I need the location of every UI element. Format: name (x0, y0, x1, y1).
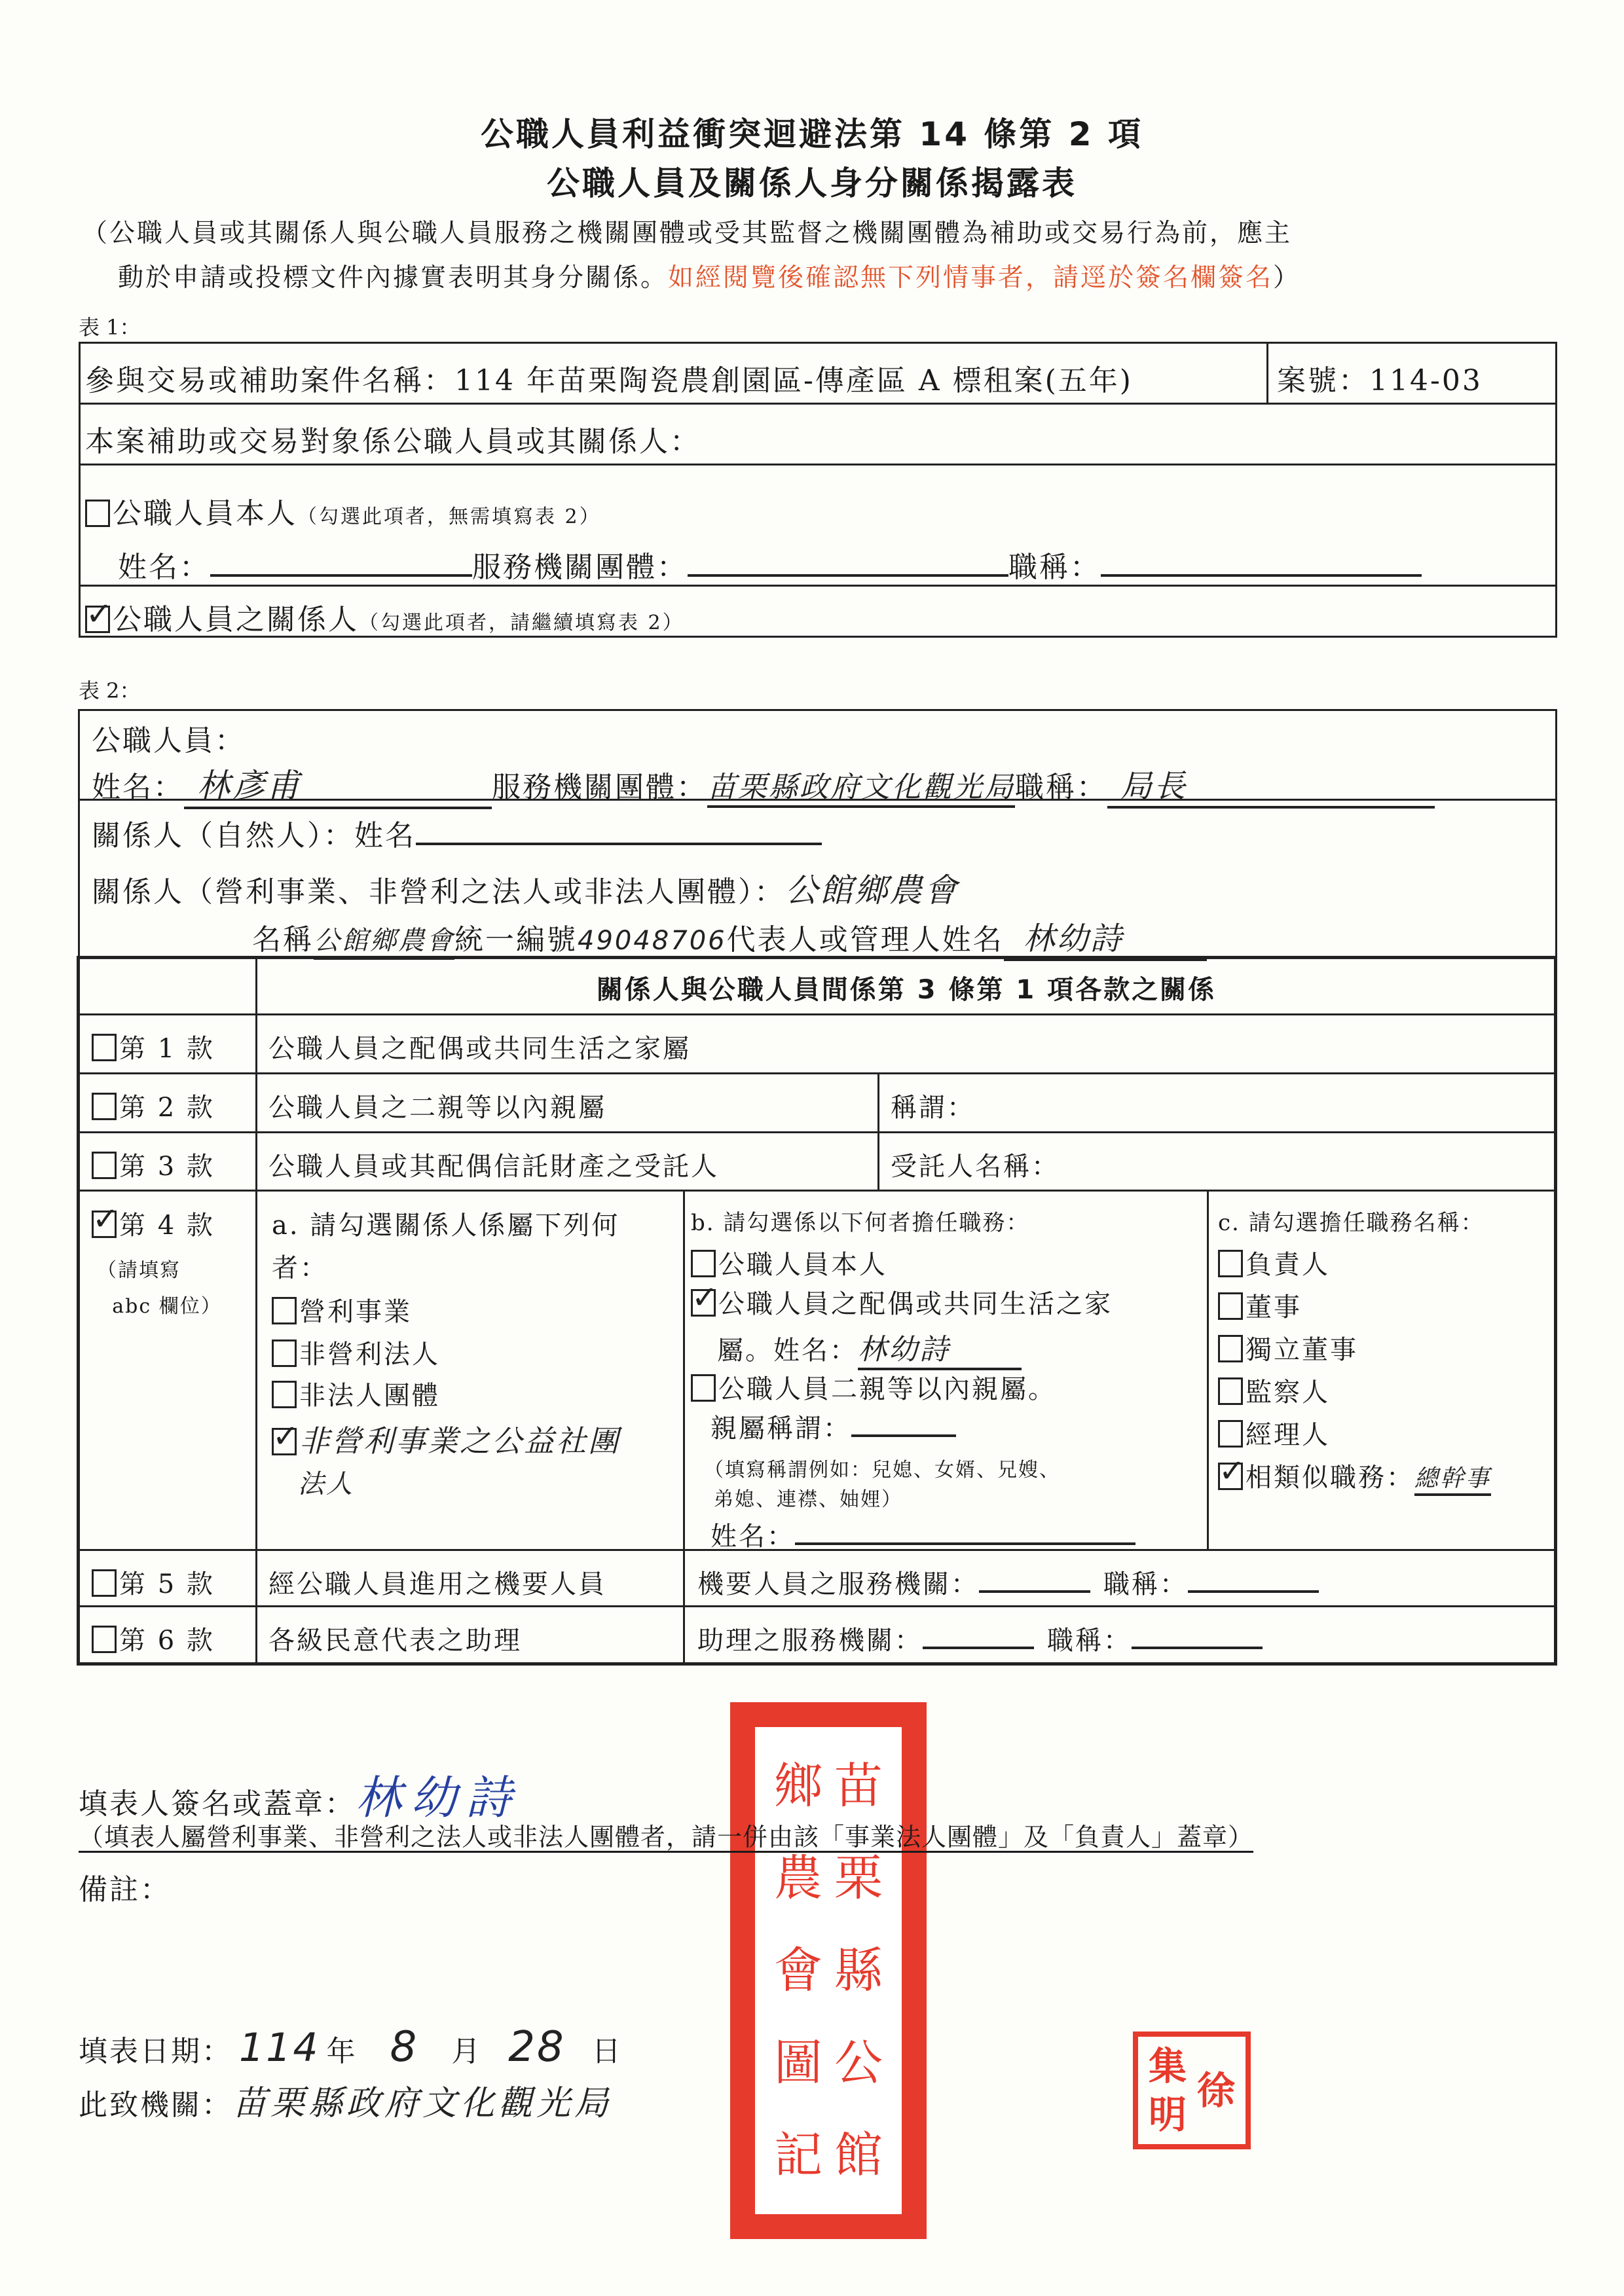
self-agency-field[interactable] (688, 574, 1008, 577)
relation-header: 關係人與公職人員間係第 3 條第 1 項各款之關係 (255, 969, 1557, 1006)
seal-char: 徐 (1197, 2071, 1235, 2109)
col-c-option-independent-director[interactable]: 獨立董事 (1218, 1329, 1358, 1366)
clause-5-agency-label: 機要人員之服務機關： (697, 1569, 979, 1599)
option-label: 負責人 (1246, 1250, 1330, 1280)
option-label: 獨立董事 (1246, 1335, 1358, 1365)
col-c-option-director[interactable]: 董事 (1218, 1286, 1302, 1324)
representative-seal: 徐 集明 (1133, 2032, 1251, 2149)
seal-char: 公 (834, 2039, 883, 2087)
col-b-spouse-name-row: 屬。姓名：林幼詩 (717, 1326, 1022, 1370)
clause-3-label: 第 3 款 (119, 1152, 215, 1182)
seal-char: 館 (834, 2131, 883, 2179)
org-rep-value[interactable]: 林幼詩 (1004, 913, 1207, 961)
official-title-label: 職稱： (1015, 771, 1107, 804)
addressee-value[interactable]: 苗栗縣政府文化觀光局 (232, 2084, 612, 2123)
option-label: 非營利法人 (299, 1339, 440, 1370)
clause-4-label: 第 4 款 (119, 1211, 215, 1241)
table1-label: 表 1： (79, 311, 141, 341)
clause-4-note-2: abc 欄位） (79, 1290, 255, 1319)
kin-name-label: 姓名： (710, 1522, 795, 1552)
spouse-name-value[interactable]: 林幼詩 (858, 1326, 1022, 1370)
divider (79, 403, 1557, 405)
col-b-option-spouse[interactable]: 公職人員之配偶或共同生活之家 (691, 1283, 1113, 1321)
clause-4[interactable]: 第 4 款 (92, 1205, 215, 1242)
official-name-value[interactable]: 林彥甫 (184, 759, 492, 809)
nonprofit-corp-checkbox[interactable] (272, 1339, 297, 1367)
kin-example-1: （填寫稱謂例如：兒媳、女婿、兄嫂、 (704, 1453, 1060, 1482)
c-supervisor-checkbox[interactable] (1218, 1377, 1243, 1405)
self-title-label: 職稱： (1008, 551, 1101, 584)
seal-char: 會 (774, 1946, 822, 1995)
clause-3-desc: 公職人員或其配偶信託財產之受託人 (268, 1146, 719, 1183)
intro-warning: 如經閱覽後確認無下列情事者，請逕於簽名欄簽名 (668, 263, 1273, 293)
clause-6-label: 第 6 款 (119, 1626, 215, 1656)
divider (683, 1190, 685, 1666)
self-name-label: 姓名： (118, 551, 210, 584)
subject-label: 本案補助或交易對象係公職人員或其關係人： (85, 418, 701, 460)
option-label: 董事 (1246, 1292, 1302, 1322)
col-a-option-for-profit[interactable]: 營利事業 (272, 1291, 412, 1328)
seal-char: 鄉 (774, 1762, 822, 1810)
clause-2-checkbox[interactable] (92, 1093, 117, 1120)
kin-example-2: 弟媳、連襟、妯娌） (714, 1483, 902, 1512)
clause-5-title-label: 職稱： (1103, 1569, 1188, 1599)
table2-label: 表 2： (79, 674, 141, 704)
case-number: 案號：114-03 (1277, 357, 1483, 399)
clause-6[interactable]: 第 6 款 (92, 1620, 215, 1657)
official-label: 公職人員： (92, 717, 246, 759)
org-name-label: 名稱 (252, 923, 314, 957)
org-row: 關係人（營利事業、非營利之法人或非法人團體）：公館鄉農會 (92, 864, 959, 911)
divider (79, 464, 1557, 465)
option-label: 相類似職務： (1246, 1463, 1414, 1493)
clause-6-checkbox[interactable] (92, 1626, 117, 1653)
case-name: 參與交易或補助案件名稱：114 年苗栗陶瓷農創園區-傳產區 A 標租案(五年) (85, 357, 1133, 399)
option-label: 公職人員之配偶或共同生活之家 (718, 1289, 1113, 1319)
clause-5[interactable]: 第 5 款 (92, 1563, 215, 1601)
clause-5-title-field[interactable] (1188, 1590, 1319, 1593)
natural-person-label: 關係人（自然人）：姓名 (92, 819, 416, 852)
divider (877, 1072, 879, 1190)
clause-5-extra: 機要人員之服務機關：職稱： (697, 1563, 1319, 1601)
col-c-option-supervisor[interactable]: 監察人 (1218, 1372, 1330, 1409)
official-self-checkbox[interactable] (85, 500, 110, 527)
self-fields-row: 姓名：服務機關團體：職稱： (118, 543, 1422, 585)
self-agency-label: 服務機關團體： (472, 551, 688, 584)
c-director-checkbox[interactable] (1218, 1292, 1243, 1320)
c-similar-checkbox[interactable] (1218, 1463, 1243, 1490)
case-no-label: 案號： (1277, 364, 1369, 397)
option-label: 公職人員二親等以內親屬。 (718, 1374, 1056, 1404)
clause-5-desc: 經公職人員進用之機要人員 (268, 1563, 606, 1601)
col-b-kin-title-row: 親屬稱謂： (710, 1408, 956, 1445)
divider (77, 1131, 1557, 1133)
col-a-heading-2: 者： (272, 1247, 328, 1285)
col-b-kin-name-row: 姓名： (710, 1516, 1135, 1553)
divider (77, 1013, 1557, 1015)
col-c-option-principal[interactable]: 負責人 (1218, 1244, 1330, 1281)
clause-5-label: 第 5 款 (119, 1569, 215, 1599)
kin-title-label: 親屬稱謂： (710, 1413, 851, 1444)
org-id-label: 統一編號 (454, 923, 578, 957)
date-month-unit: 月 (451, 2035, 482, 2068)
seal-column-1: 徐 (1197, 2042, 1235, 2139)
similar-position-value[interactable]: 總幹事 (1414, 1460, 1491, 1496)
seal-char: 明 (1149, 2096, 1187, 2134)
col-a-handwritten-cont: 法人 (298, 1463, 354, 1501)
for-profit-checkbox[interactable] (272, 1297, 297, 1324)
col-b-option-kin[interactable]: 公職人員二親等以內親屬。 (691, 1368, 1056, 1406)
remarks-label: 備註： (79, 1866, 171, 1908)
b-self-checkbox[interactable] (691, 1250, 716, 1277)
clause-4-checkbox[interactable] (92, 1211, 117, 1238)
org-rep-label: 代表人或管理人姓名 (727, 923, 1004, 957)
org-value[interactable]: 公館鄉農會 (785, 871, 959, 909)
clause-6-desc: 各級民意代表之助理 (268, 1620, 522, 1657)
option-official-relative[interactable]: 公職人員之關係人（勾選此項者，請繼續填寫表 2） (85, 596, 684, 638)
official-relative-label: 公職人員之關係人 (113, 603, 359, 636)
divider (77, 1072, 1557, 1074)
date-month[interactable]: 8 (358, 2023, 452, 2071)
official-name-label: 姓名： (92, 771, 184, 804)
date-label: 填表日期： (79, 2035, 232, 2068)
official-self-label: 公職人員本人 (113, 497, 297, 530)
org-id-value[interactable]: 49048706 (578, 926, 727, 958)
divider (77, 1190, 1557, 1192)
clause-1-label: 第 1 款 (119, 1034, 215, 1064)
col-a-option-other[interactable]: 非營利事業之公益社團 (272, 1417, 620, 1461)
org-name-value[interactable]: 公館鄉農會 (314, 920, 454, 960)
option-official-self[interactable]: 公職人員本人（勾選此項者，無需填寫表 2） (85, 490, 601, 532)
case-no-value: 114-03 (1369, 364, 1483, 397)
form-title-line1: 公職人員利益衝突迴避法第 14 條第 2 項 (0, 108, 1624, 155)
kin-title-field[interactable] (851, 1434, 956, 1437)
case-name-label: 參與交易或補助案件名稱： (85, 364, 454, 397)
addressee-label: 此致機關： (79, 2088, 232, 2122)
intro-line2: 動於申請或投標文件內據實表明其身分關係。如經閱覽後確認無下列情事者，請逕於簽名欄… (118, 257, 1301, 294)
seal-char: 縣 (834, 1946, 883, 1995)
divider (255, 956, 257, 1666)
divider (1207, 1190, 1209, 1550)
col-a-option-unincorporated[interactable]: 非法人團體 (272, 1375, 440, 1412)
clause-6-extra: 助理之服務機關：職稱： (697, 1620, 1263, 1657)
official-row: 姓名：林彥甫服務機關團體：苗栗縣政府文化觀光局職稱：局長 (92, 759, 1435, 809)
clause-2-desc: 公職人員之二親等以內親屬 (268, 1087, 606, 1124)
date-day[interactable]: 28 (482, 2023, 591, 2071)
divider (1266, 342, 1268, 404)
clause-1-checkbox[interactable] (92, 1034, 117, 1061)
fill-date-row: 填表日期：114年8月28日 (79, 2023, 623, 2071)
clause-1-desc: 公職人員之配偶或共同生活之家屬 (268, 1028, 691, 1065)
kin-name-field[interactable] (795, 1542, 1135, 1545)
option-label: 經理人 (1246, 1420, 1330, 1450)
col-c-heading: c. 請勾選擔任職務名稱： (1218, 1205, 1485, 1237)
official-relative-note: （勾選此項者，請繼續填寫表 2） (359, 611, 684, 634)
addressee-row: 此致機關：苗栗縣政府文化觀光局 (79, 2075, 612, 2124)
clause-6-agency-field[interactable] (923, 1647, 1034, 1649)
divider (77, 1605, 1557, 1607)
official-relative-checkbox[interactable] (85, 606, 110, 633)
clause-6-agency-label: 助理之服務機關： (697, 1626, 923, 1656)
c-manager-checkbox[interactable] (1218, 1420, 1243, 1448)
seal-char: 苗 (834, 1762, 883, 1810)
unincorporated-checkbox[interactable] (272, 1381, 297, 1408)
signature-label: 填表人簽名或蓋章： (79, 1787, 356, 1821)
other-org-checkbox[interactable] (272, 1428, 297, 1455)
col-a-heading-1: a. 請勾選關係人係屬下列何 (272, 1205, 619, 1242)
self-title-field[interactable] (1101, 574, 1422, 577)
seal-char: 圖 (774, 2039, 822, 2087)
col-c-option-manager[interactable]: 經理人 (1218, 1414, 1330, 1451)
seal-char: 農 (774, 1854, 822, 1903)
b-spouse-checkbox[interactable] (691, 1289, 716, 1317)
org-detail-row: 名稱公館鄉農會統一編號49048706代表人或管理人姓名林幼詩 (252, 913, 1207, 961)
col-b-option-self[interactable]: 公職人員本人 (691, 1244, 887, 1281)
form-title-line2: 公職人員及關係人身分關係揭露表 (0, 157, 1624, 204)
option-label: 營利事業 (299, 1297, 412, 1327)
date-day-unit: 日 (592, 2035, 623, 2068)
clause-2[interactable]: 第 2 款 (92, 1087, 215, 1124)
option-label: 非營利事業之公益社團 (299, 1423, 620, 1459)
seal-char: 栗 (834, 1854, 883, 1903)
seal-column-2: 鄉 農 會 圖 記 (774, 1740, 822, 2201)
clause-6-title-label: 職稱： (1047, 1626, 1132, 1656)
intro-line1: （公職人員或其關係人與公職人員服務之機關團體或受其監督之機關團體為補助或交易行為… (82, 213, 1292, 249)
intro-text: 動於申請或投標文件內據實表明其身分關係。 (118, 263, 668, 293)
clause-3-trustee-label[interactable]: 受託人名稱： (891, 1146, 1060, 1183)
official-self-note: （勾選此項者，無需填寫表 2） (297, 505, 601, 528)
org-label: 關係人（營利事業、非營利之法人或非法人團體）： (92, 875, 785, 909)
clause-5-checkbox[interactable] (92, 1569, 117, 1597)
self-name-field[interactable] (210, 574, 472, 577)
intro-close-paren: ） (1273, 263, 1301, 293)
clause-2-title-label[interactable]: 稱謂： (891, 1087, 975, 1124)
option-label: 監察人 (1246, 1377, 1330, 1408)
c-principal-checkbox[interactable] (1218, 1250, 1243, 1277)
clause-2-label: 第 2 款 (119, 1093, 215, 1123)
clause-3-checkbox[interactable] (92, 1152, 117, 1179)
seal-column-2: 集明 (1149, 2042, 1187, 2139)
clause-5-agency-field[interactable] (979, 1590, 1090, 1593)
official-agency-label: 服務機關團體： (492, 771, 707, 804)
col-a-option-nonprofit-corp[interactable]: 非營利法人 (272, 1334, 440, 1371)
seal-char: 集 (1149, 2047, 1187, 2085)
b-kin-checkbox[interactable] (691, 1374, 716, 1402)
seal-char: 記 (774, 2131, 822, 2179)
date-year[interactable]: 114 (232, 2025, 327, 2071)
option-label: 公職人員本人 (718, 1250, 887, 1280)
clause-4-note-1: （請填寫 (97, 1254, 181, 1283)
col-c-option-similar[interactable]: 相類似職務：總幹事 (1218, 1457, 1491, 1496)
signature-note: （填表人屬營利事業、非營利之法人或非法人團體者，請一併由該「事業法人團體」及「負… (79, 1817, 1253, 1853)
clause-6-title-field[interactable] (1132, 1647, 1263, 1649)
official-title-value[interactable]: 局長 (1107, 761, 1435, 809)
clause-3[interactable]: 第 3 款 (92, 1146, 215, 1183)
case-name-value: 114 年苗栗陶瓷農創園區-傳產區 A 標租案(五年) (454, 364, 1133, 397)
spouse-name-label: 屬。姓名： (717, 1336, 858, 1366)
seal-column-1: 苗 栗 縣 公 館 (834, 1740, 883, 2201)
c-independent-director-checkbox[interactable] (1218, 1335, 1243, 1362)
clause-1[interactable]: 第 1 款 (92, 1028, 215, 1065)
option-label: 非法人團體 (299, 1381, 440, 1411)
official-agency-value[interactable]: 苗栗縣政府文化觀光局 (707, 763, 1015, 808)
col-b-heading: b. 請勾選係以下何者擔任職務： (691, 1205, 1029, 1237)
natural-person-row: 關係人（自然人）：姓名 (92, 812, 822, 854)
organization-seal: 苗 栗 縣 公 館 鄉 農 會 圖 記 (730, 1702, 927, 2239)
date-year-unit: 年 (327, 2035, 358, 2068)
natural-person-field[interactable] (416, 843, 822, 845)
